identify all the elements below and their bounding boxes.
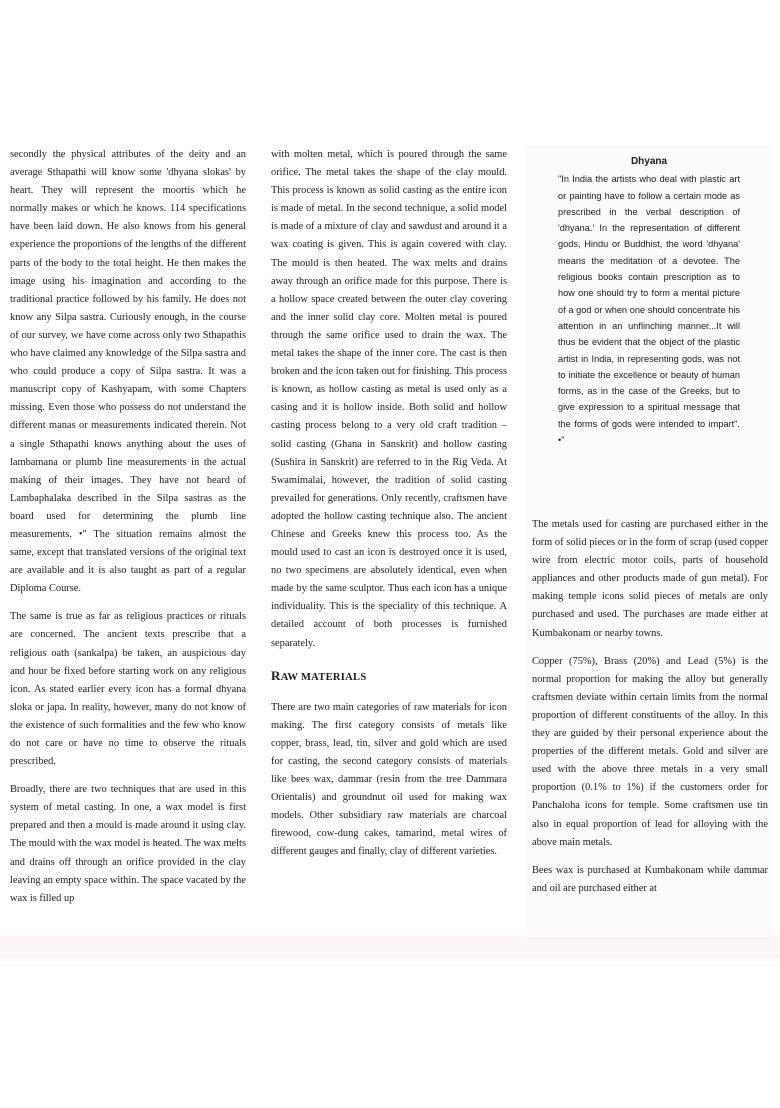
paragraph: The same is true as far as religious pra… [10,608,246,771]
sidebar-quote: "In India the artists who deal with plas… [558,171,740,448]
paragraph: secondly the physical attributes of the … [10,146,246,598]
paragraph: with molten metal, which is poured throu… [271,146,507,653]
heading-rest: AW MATERIALS [281,672,367,683]
text-column-1: secondly the physical attributes of the … [10,146,246,918]
document-page: secondly the physical attributes of the … [0,0,780,940]
paragraph: The metals used for casting are purchase… [532,516,768,643]
paragraph: There are two main categories of raw mat… [271,699,507,862]
paragraph: Bees wax is purchased at Kumbakonam whil… [532,862,768,898]
text-column-3: The metals used for casting are purchase… [532,516,768,908]
dhyana-sidebar-box: Dhyana "In India the artists who deal wi… [558,154,740,448]
paragraph: Broadly, there are two techniques that a… [10,781,246,908]
paragraph: Copper (75%), Brass (20%) and Lead (5%) … [532,653,768,852]
text-column-2: with molten metal, which is poured throu… [271,146,507,872]
section-heading-raw-materials: RAW MATERIALS [271,667,507,687]
page-bottom-edge [0,937,780,967]
sidebar-title: Dhyana [558,154,740,170]
heading-initial: R [271,668,281,683]
